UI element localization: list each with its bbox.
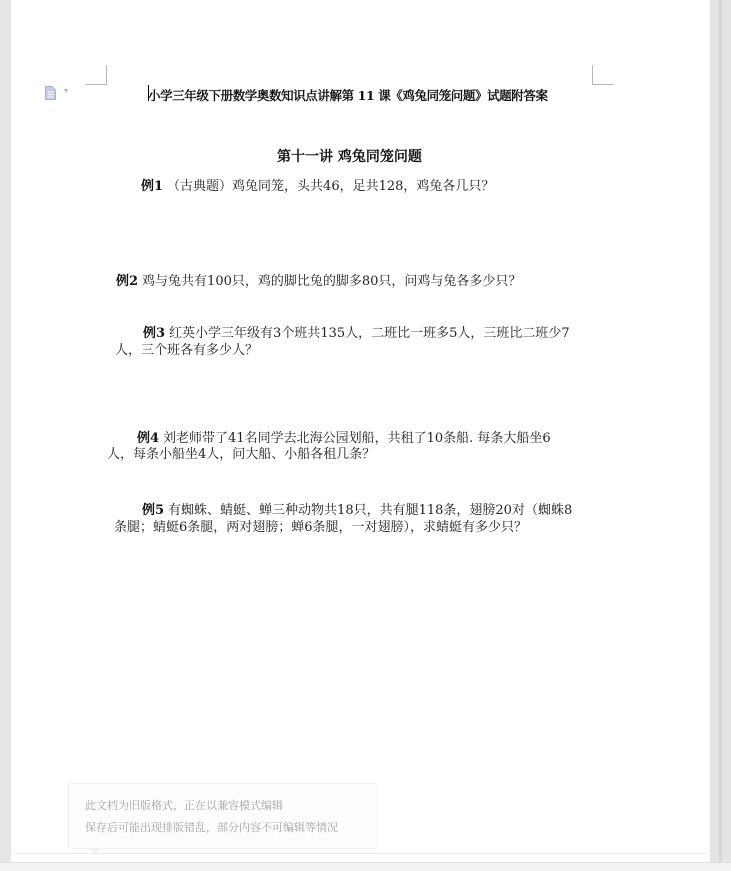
- question-5[interactable]: 例5有蜘蛛、蜻蜓、蝉三种动物共18只，共有腿118条，翅膀20对（蜘蛛8: [142, 502, 572, 519]
- status-bar: [0, 862, 731, 871]
- notice-line-2: 保存后可能出现排版错乱，部分内容不可编辑等情况: [85, 819, 338, 835]
- question-1[interactable]: 例1（古典题）鸡兔同笼，头共46，足共128，鸡兔各几只？: [141, 178, 494, 195]
- header-title[interactable]: 小学三年级下册数学奥数知识点讲解第 11 课《鸡兔同笼问题》试题附答案: [148, 86, 568, 104]
- question-4[interactable]: 例4刘老师带了41名同学去北海公园划船，共租了10条船. 每条大船坐6: [137, 430, 551, 447]
- question-text: 红英小学三年级有3个班共135人，二班比一班多5人，三班比二班少7: [169, 326, 570, 341]
- lesson-title[interactable]: 第十一讲 鸡兔同笼问题: [277, 146, 422, 166]
- question-3-continued[interactable]: 人，三个班各有多少人？: [115, 342, 258, 359]
- compatibility-mode-notice: 此文档为旧版格式，正在以兼容模式编辑 保存后可能出现排版错乱，部分内容不可编辑等…: [68, 783, 378, 849]
- document-icon[interactable]: [45, 85, 56, 99]
- chevron-down-icon[interactable]: ▾: [64, 86, 68, 95]
- question-text: 有蜘蛛、蜻蜓、蝉三种动物共18只，共有腿118条，翅膀20对（蜘蛛8: [168, 503, 572, 518]
- margin-corner-mark-left: [85, 65, 107, 85]
- notice-pointer: [89, 848, 101, 854]
- question-2[interactable]: 例2鸡与兔共有100只，鸡的脚比兔的脚多80只，问鸡与兔各多少只？: [116, 273, 521, 290]
- scrollbar-track[interactable]: [719, 0, 722, 862]
- question-text: 鸡与兔共有100只，鸡的脚比兔的脚多80只，问鸡与兔各多少只？: [142, 274, 521, 289]
- question-text: （古典题）鸡兔同笼，头共46，足共128，鸡兔各几只？: [167, 179, 494, 194]
- question-label: 例4: [137, 431, 159, 446]
- page-edge: [12, 853, 708, 854]
- margin-corner-mark-right: [592, 65, 614, 85]
- question-text: 刘老师带了41名同学去北海公园划船，共租了10条船. 每条大船坐6: [163, 431, 551, 446]
- question-5-continued[interactable]: 条腿；蜻蜓6条腿，两对翅膀；蝉6条腿，一对翅膀），求蜻蜓有多少只？: [114, 519, 527, 536]
- question-3[interactable]: 例3红英小学三年级有3个班共135人，二班比一班多5人，三班比二班少7: [143, 325, 570, 342]
- vertical-scrollbar[interactable]: [710, 0, 731, 862]
- question-label: 例1: [141, 179, 163, 194]
- question-label: 例3: [143, 326, 165, 341]
- notice-line-1: 此文档为旧版格式，正在以兼容模式编辑: [85, 797, 283, 813]
- question-4-continued[interactable]: 人，每条小船坐4人，问大船、小船各租几条？: [107, 446, 375, 463]
- question-label: 例5: [142, 503, 164, 518]
- question-label: 例2: [116, 274, 138, 289]
